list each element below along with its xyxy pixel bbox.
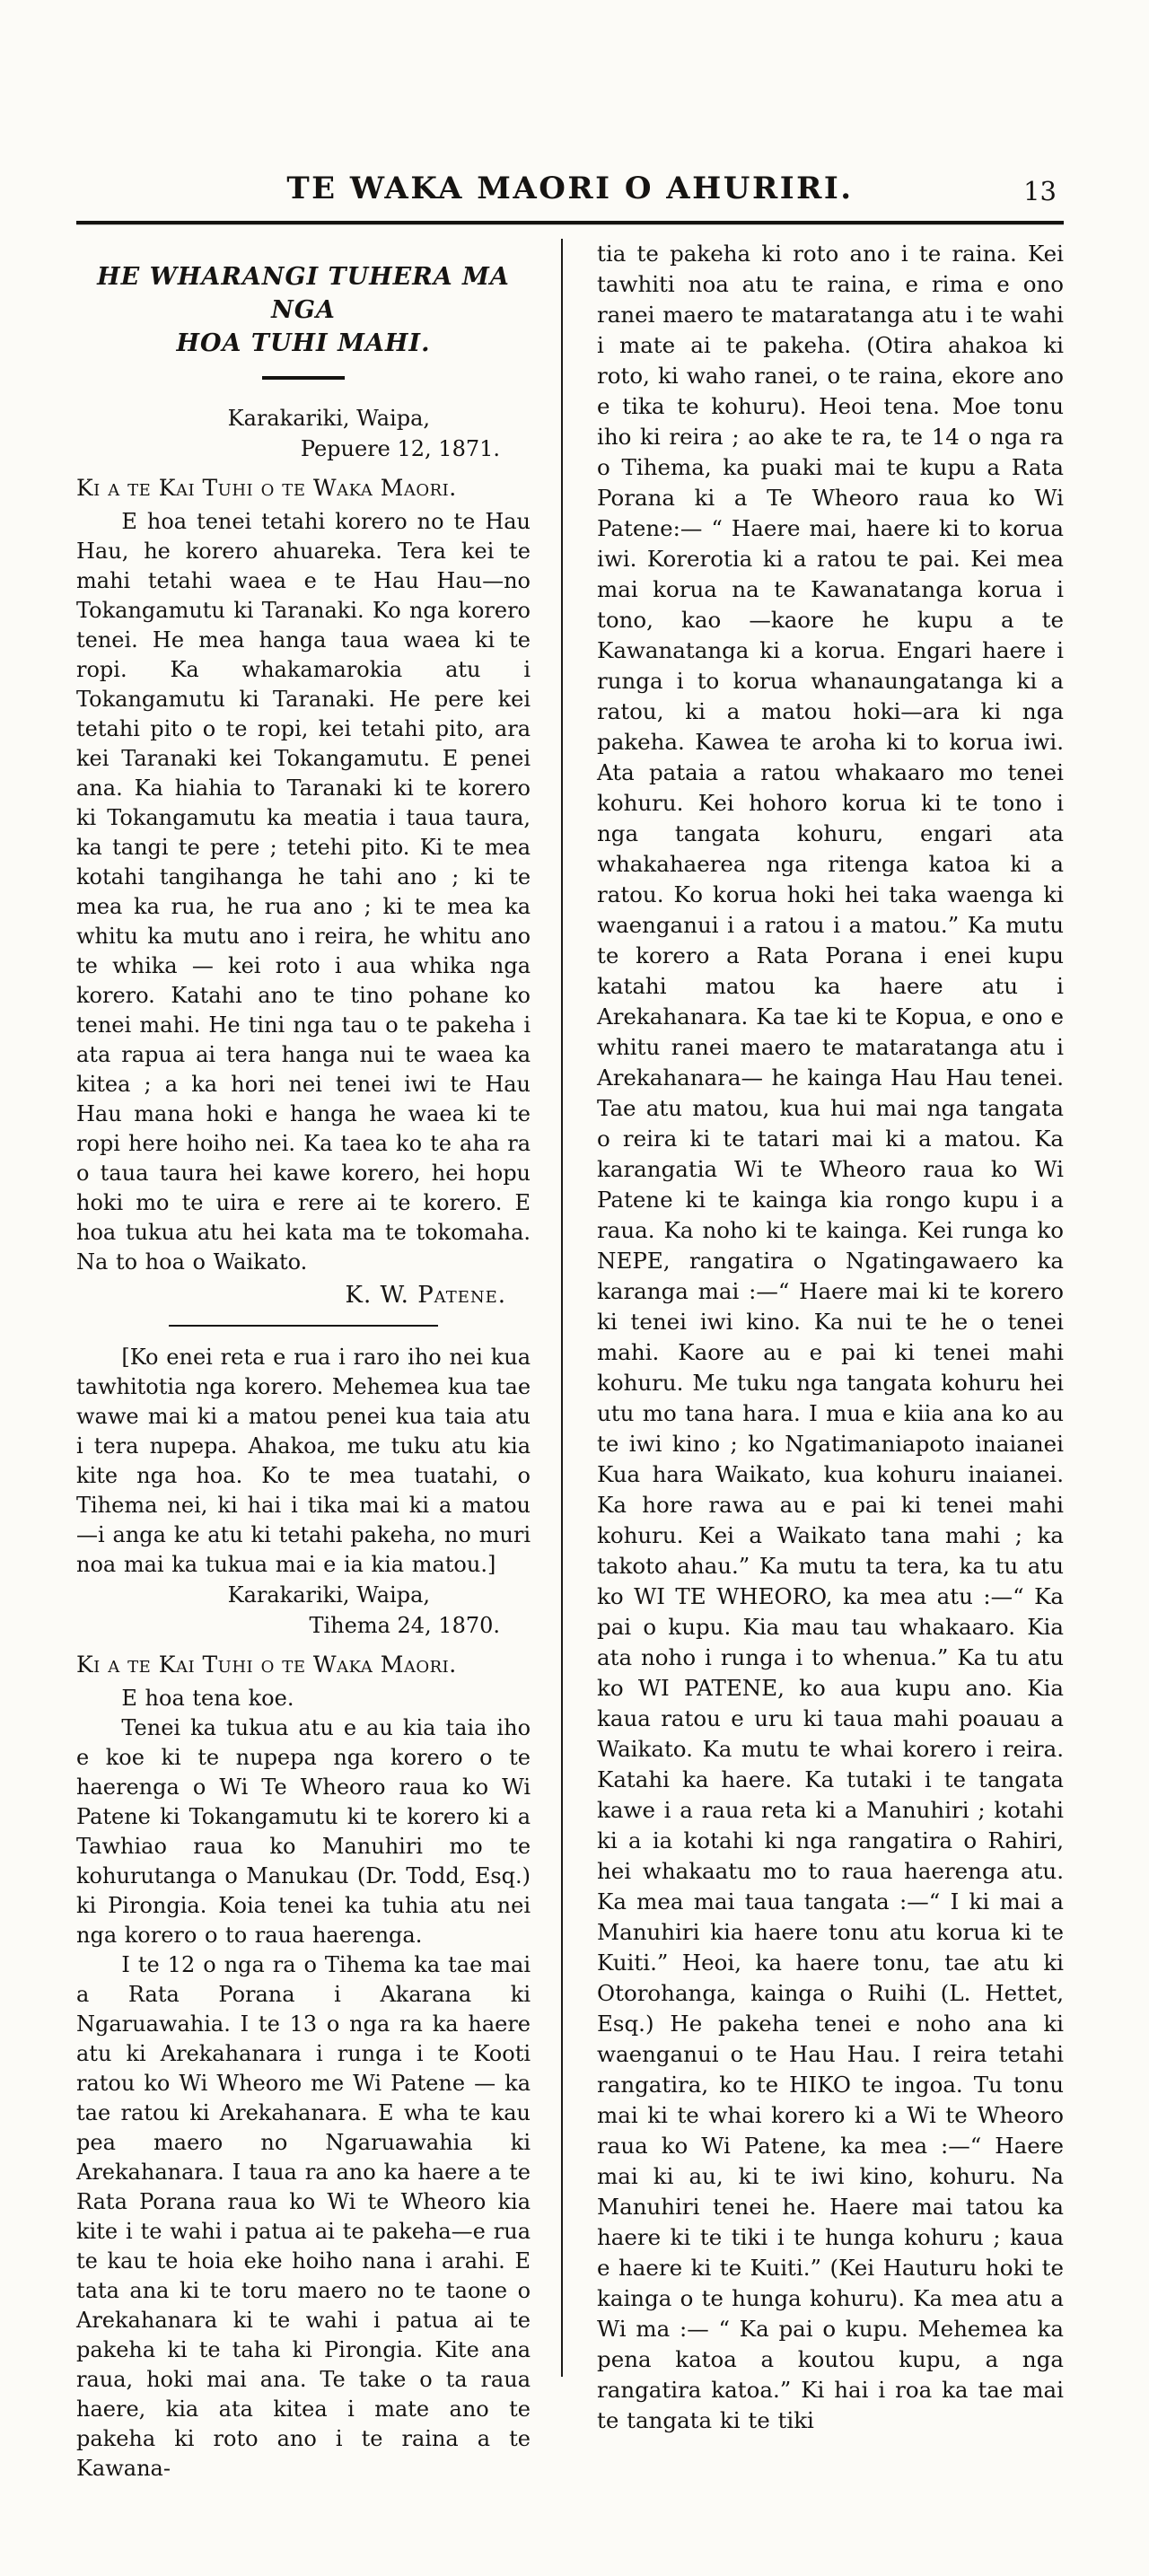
article-heading: HE WHARANGI TUHERA MA NGA HOA TUHI MAHI. [76, 260, 531, 360]
masthead-title: TE WAKA MAORI O AHURIRI. [76, 169, 1064, 208]
salutation-first: Ki a te Kai Tuhi o te Waka Maori. [76, 473, 531, 504]
column-divider [561, 239, 563, 2377]
letter-paragraph-2: Tenei ka tukua atu e au kia taia iho e k… [76, 1713, 531, 1950]
masthead-rule [76, 221, 1064, 224]
dateline-first-date: Pepuere 12, 1871. [76, 434, 531, 464]
letter-signature: K. W. Patene. [76, 1280, 531, 1310]
letter-greeting: E hoa tena koe. [76, 1684, 531, 1713]
heading-divider-rule [262, 376, 345, 380]
dateline-second-place: Karakariki, Waipa, [76, 1580, 531, 1610]
page-number: 13 [1023, 175, 1057, 207]
continuation-paragraph: tia te pakeha ki roto ano i te raina. Ke… [597, 239, 1064, 2436]
editor-note: [Ko enei reta e rua i raro iho nei kua t… [76, 1343, 531, 1580]
article-body: HE WHARANGI TUHERA MA NGA HOA TUHI MAHI.… [76, 239, 1064, 2484]
letter-paragraph-1: E hoa tenei tetahi korero no te Hau Hau,… [76, 507, 531, 1277]
dateline-first-place: Karakariki, Waipa, [76, 403, 531, 434]
dateline-first: Karakariki, Waipa, Pepuere 12, 1871. [76, 403, 531, 464]
article-heading-line2: HOA TUHI MAHI. [76, 327, 531, 360]
article-heading-line1: HE WHARANGI TUHERA MA NGA [76, 260, 531, 327]
dateline-second: Karakariki, Waipa, Tihema 24, 1870. [76, 1580, 531, 1641]
dateline-second-date: Tihema 24, 1870. [76, 1610, 531, 1641]
masthead: TE WAKA MAORI O AHURIRI. 13 [76, 169, 1064, 208]
newspaper-page: TE WAKA MAORI O AHURIRI. 13 HE WHARANGI … [76, 0, 1064, 2484]
right-column: tia te pakeha ki roto ano i te raina. Ke… [597, 239, 1064, 2436]
salutation-second: Ki a te Kai Tuhi o te Waka Maori. [76, 1650, 531, 1680]
left-column: HE WHARANGI TUHERA MA NGA HOA TUHI MAHI.… [76, 239, 531, 2484]
section-divider-rule [169, 1325, 438, 1327]
letter-paragraph-3: I te 12 o nga ra o Tihema ka tae mai a R… [76, 1950, 531, 2484]
